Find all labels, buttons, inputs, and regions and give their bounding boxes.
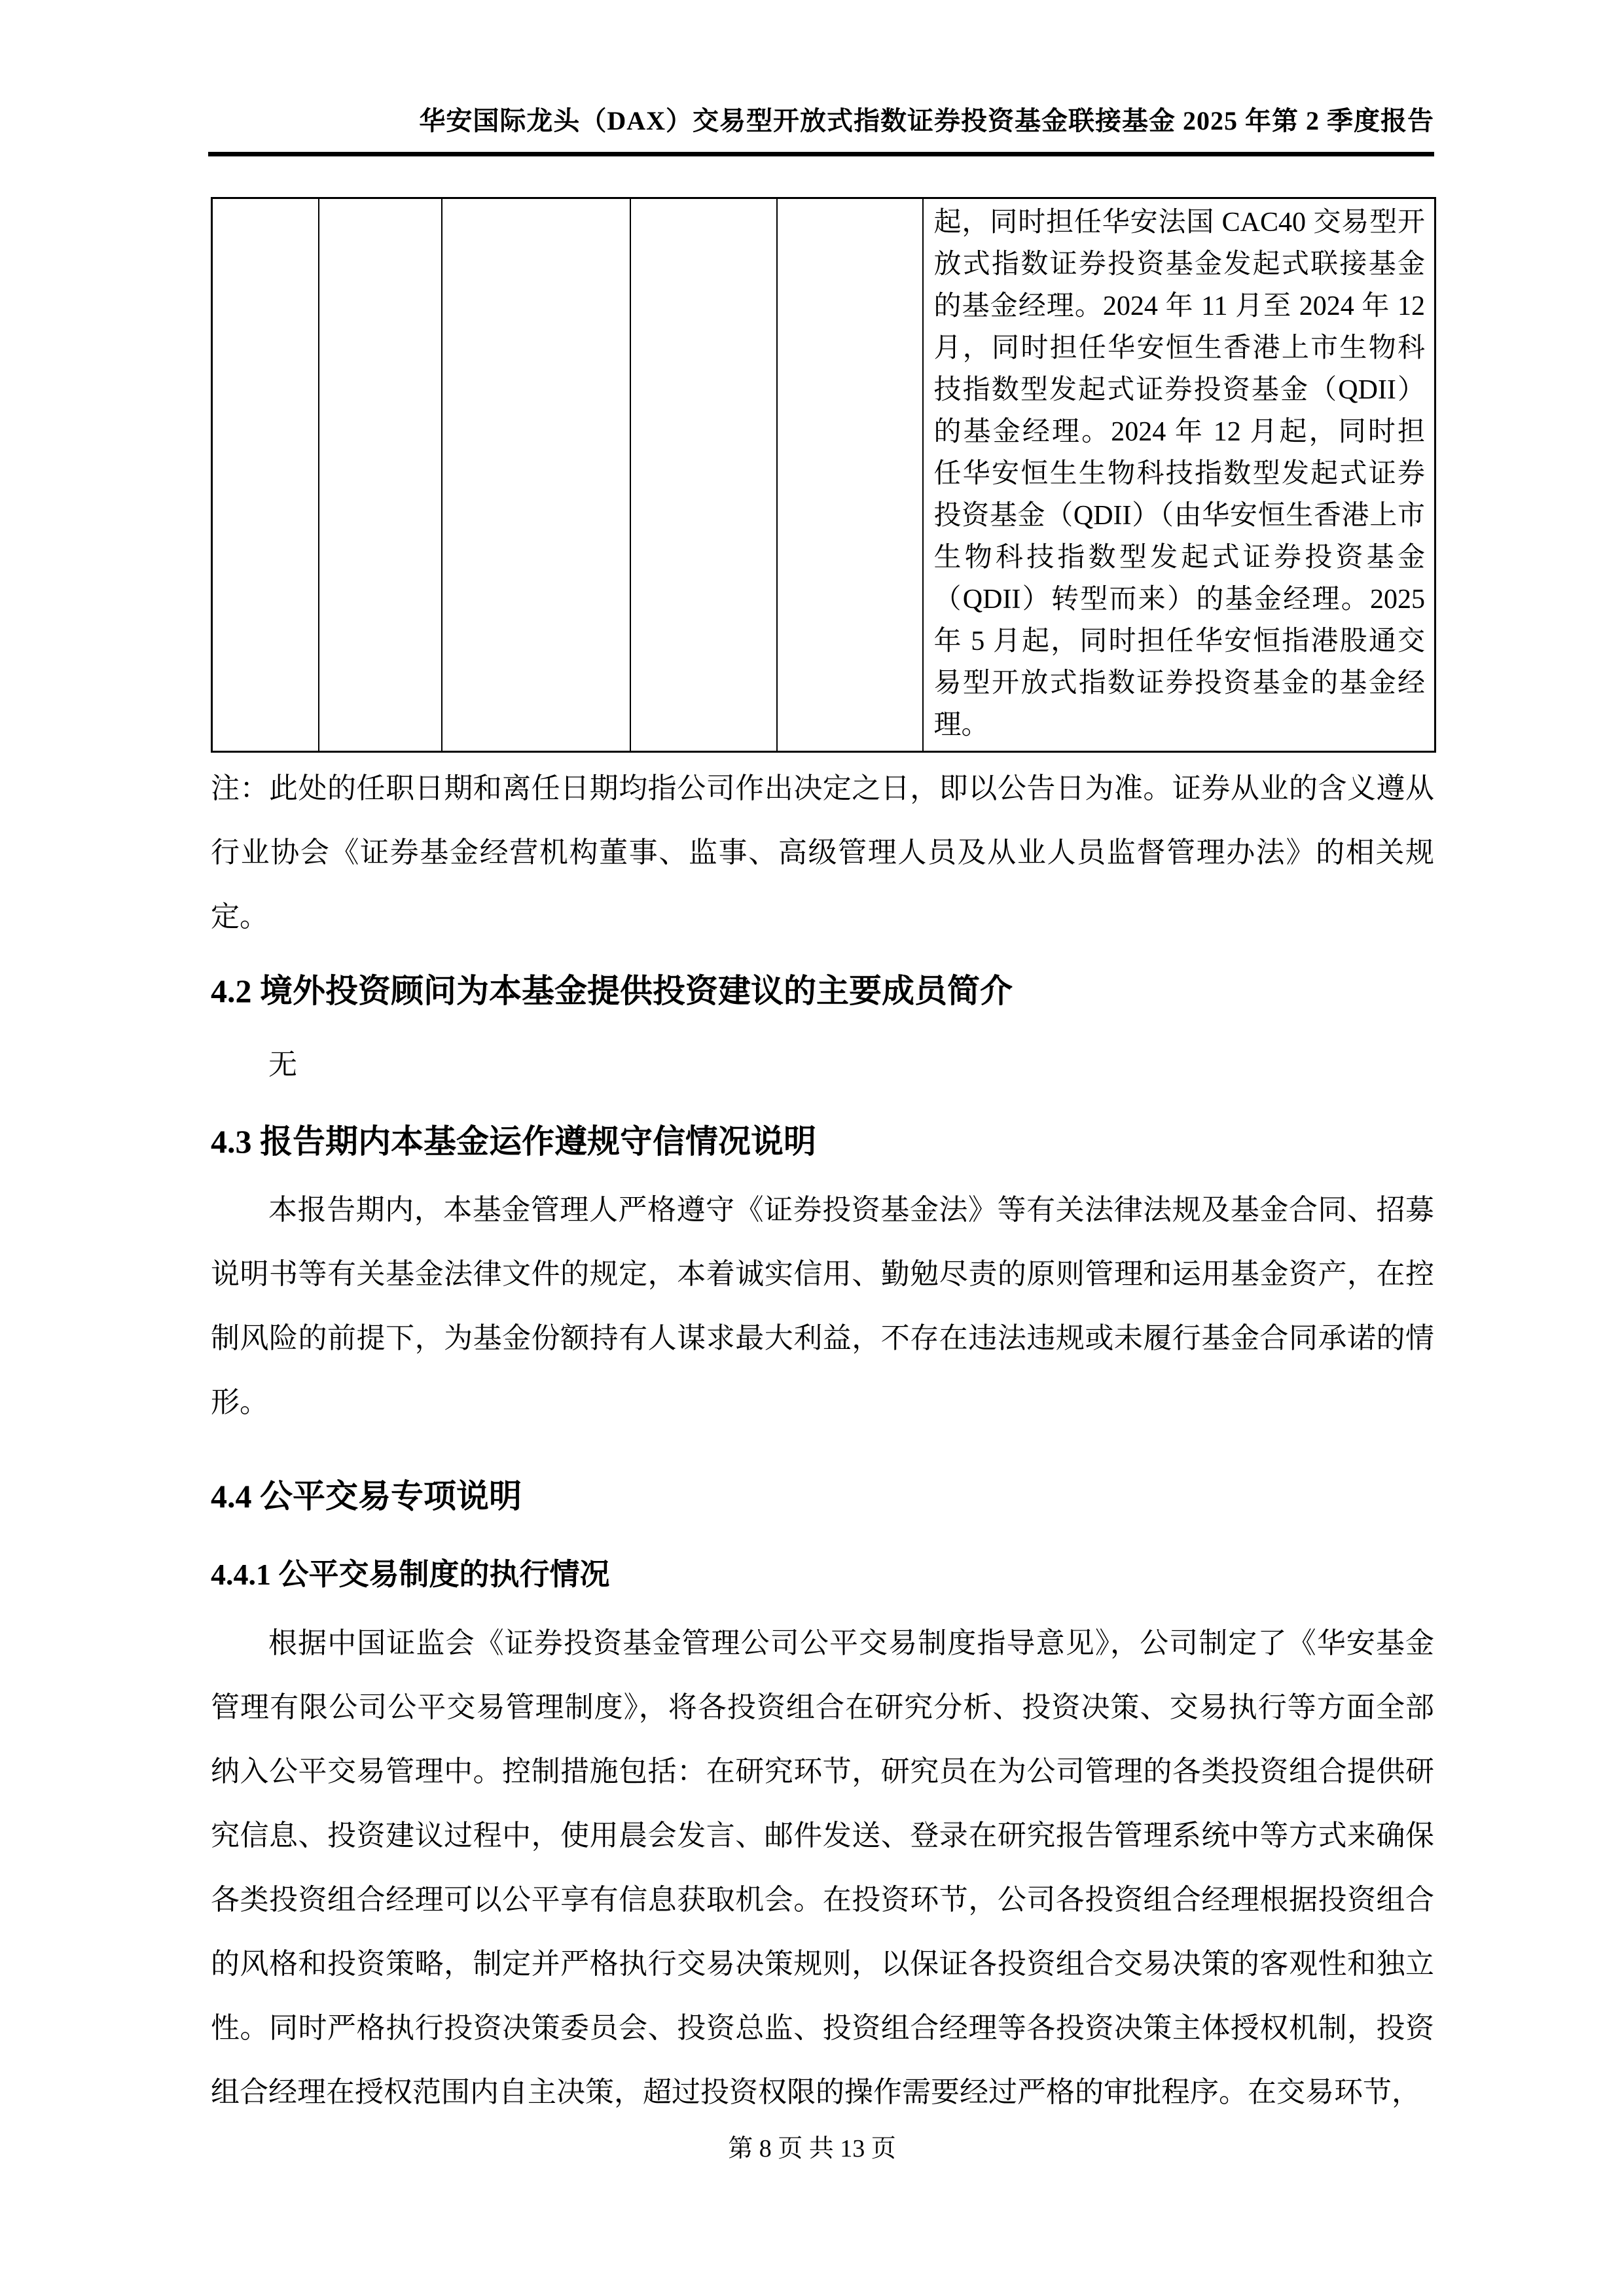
bio-line: 的基金经理。2024 年 12 月起，同时担 <box>934 411 1426 453</box>
para-line: 根据中国证监会《证券投资基金管理公司公平交易制度指导意见》，公司制定了《华安基金 <box>211 1611 1434 1676</box>
table-cell-empty-2 <box>319 198 442 752</box>
table-cell-empty-4 <box>630 198 777 752</box>
bio-line: 理。 <box>934 704 1426 746</box>
bio-line: 生物科技指数型发起式证券投资基金 <box>934 537 1426 579</box>
bio-line: 任华安恒生生物科技指数型发起式证券 <box>934 453 1426 495</box>
bio-line: 放式指数证券投资基金发起式联接基金 <box>934 243 1426 285</box>
section-4-3-paragraph: 本报告期内，本基金管理人严格遵守《证券投资基金法》等有关法律法规及基金合同、招募… <box>211 1178 1434 1435</box>
header-rule <box>208 152 1434 156</box>
note-paragraph: 注：此处的任职日期和离任日期均指公司作出决定之日，即以公告日为准。证券从业的含义… <box>211 757 1434 949</box>
note-line: 注：此处的任职日期和离任日期均指公司作出决定之日，即以公告日为准。证券从业的含义… <box>211 757 1434 821</box>
table-cell-bio: 起，同时担任华安法国 CAC40 交易型开 放式指数证券投资基金发起式联接基金 … <box>923 198 1435 752</box>
table-cell-empty-1 <box>212 198 319 752</box>
para-line: 管理有限公司公平交易管理制度》，将各投资组合在研究分析、投资决策、交易执行等方面… <box>211 1676 1434 1740</box>
para-line: 的风格和投资策略，制定并严格执行交易决策规则，以保证各投资组合交易决策的客观性和… <box>211 1932 1434 1996</box>
fund-manager-table: 起，同时担任华安法国 CAC40 交易型开 放式指数证券投资基金发起式联接基金 … <box>211 197 1436 753</box>
page-footer: 第 8 页 共 13 页 <box>0 2132 1624 2165</box>
bio-text: 起，同时担任华安法国 CAC40 交易型开 放式指数证券投资基金发起式联接基金 … <box>924 199 1435 746</box>
section-heading-4-2: 4.2 境外投资顾问为本基金提供投资建议的主要成员简介 <box>211 967 1434 1014</box>
para-line: 说明书等有关基金法律文件的规定，本着诚实信用、勤勉尽责的原则管理和运用基金资产，… <box>211 1242 1434 1306</box>
para-line: 各类投资组合经理可以公平享有信息获取机会。在投资环节，公司各投资组合经理根据投资… <box>211 1868 1434 1932</box>
note-line: 行业协会《证券基金经营机构董事、监事、高级管理人员及从业人员监督管理办法》的相关… <box>211 821 1434 885</box>
bio-line: 的基金经理。2024 年 11 月至 2024 年 12 <box>934 285 1426 327</box>
para-line: 性。同时严格执行投资决策委员会、投资总监、投资组合经理等各投资决策主体授权机制，… <box>211 1996 1434 2060</box>
none-text: 无 <box>211 1033 1434 1097</box>
para-line: 制风险的前提下，为基金份额持有人谋求最大利益，不存在违法违规或未履行基金合同承诺… <box>211 1306 1434 1371</box>
table-row: 起，同时担任华安法国 CAC40 交易型开 放式指数证券投资基金发起式联接基金 … <box>212 198 1435 752</box>
bio-line: 月，同时担任华安恒生香港上市生物科 <box>934 327 1426 369</box>
doc-header-title: 华安国际龙头（DAX）交易型开放式指数证券投资基金联接基金 2025 年第 2 … <box>211 105 1434 137</box>
bio-line: 起，同时担任华安法国 CAC40 交易型开 <box>934 202 1426 243</box>
para-line: 本报告期内，本基金管理人严格遵守《证券投资基金法》等有关法律法规及基金合同、招募 <box>211 1178 1434 1242</box>
section-4-2-body: 无 <box>211 1033 1434 1097</box>
para-line: 形。 <box>211 1371 1434 1435</box>
table-cell-empty-3 <box>442 198 630 752</box>
para-line: 纳入公平交易管理中。控制措施包括：在研究环节，研究员在为公司管理的各类投资组合提… <box>211 1740 1434 1804</box>
note-line: 定。 <box>211 885 1434 949</box>
table-cell-empty-5 <box>777 198 923 752</box>
bio-line: 易型开放式指数证券投资基金的基金经 <box>934 662 1426 704</box>
bio-line: 年 5 月起，同时担任华安恒指港股通交 <box>934 620 1426 662</box>
para-line: 组合经理在授权范围内自主决策，超过投资权限的操作需要经过严格的审批程序。在交易环… <box>211 2060 1434 2125</box>
section-heading-4-4: 4.4 公平交易专项说明 <box>211 1473 1434 1520</box>
bio-line: 技指数型发起式证券投资基金（QDII） <box>934 369 1426 411</box>
section-4-4-1-paragraph: 根据中国证监会《证券投资基金管理公司公平交易制度指导意见》，公司制定了《华安基金… <box>211 1611 1434 2125</box>
section-heading-4-4-1: 4.4.1 公平交易制度的执行情况 <box>211 1552 1434 1597</box>
bio-line: 投资基金（QDII）（由华安恒生香港上市 <box>934 495 1426 537</box>
report-page: 华安国际龙头（DAX）交易型开放式指数证券投资基金联接基金 2025 年第 2 … <box>0 0 1624 2296</box>
section-heading-4-3: 4.3 报告期内本基金运作遵规守信情况说明 <box>211 1118 1434 1165</box>
bio-line: （QDII）转型而来）的基金经理。2025 <box>934 579 1426 620</box>
para-line: 究信息、投资建议过程中，使用晨会发言、邮件发送、登录在研究报告管理系统中等方式来… <box>211 1804 1434 1868</box>
